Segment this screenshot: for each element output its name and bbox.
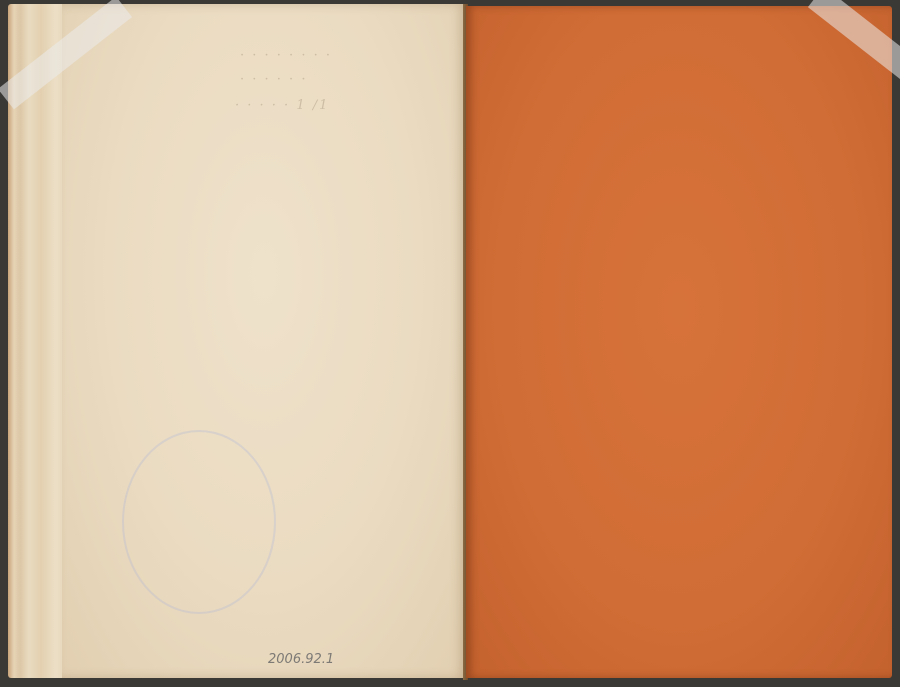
faint-inscription-2: · · · · · ·: [240, 72, 307, 87]
book-photo: · · · · · · · · · · · · · · · · · · · 1 …: [0, 0, 900, 687]
right-orange-cover: [466, 6, 892, 678]
accession-number: 2006.92.1: [268, 652, 334, 667]
faint-inscription-1: · · · · · · · ·: [240, 48, 332, 63]
faint-inscription-3: · · · · · 1 /1: [235, 98, 329, 113]
faded-stamp: [122, 430, 276, 614]
